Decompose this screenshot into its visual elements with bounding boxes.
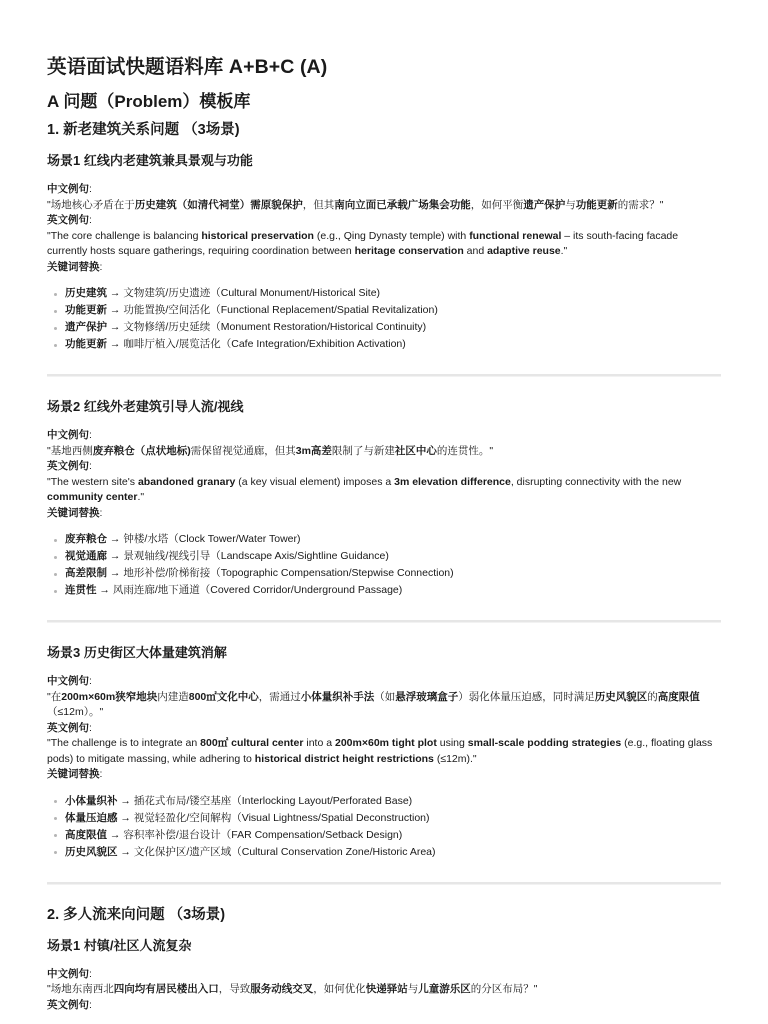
document-title: 英语面试快题语料库 A+B+C (A): [47, 0, 721, 79]
english-example-text: "The core challenge is balancing histori…: [47, 229, 721, 260]
keyword-term: 高度限值: [65, 829, 107, 841]
english-example-label: 英文例句:: [47, 998, 721, 1014]
section-title: A 问题（Problem）模板库: [47, 91, 721, 113]
chinese-example-text: "基地西侧废弃粮仓（点状地标)需保留视觉通廊，但其3m高差限制了与新建社区中心的…: [47, 444, 721, 460]
keyword-replacement: → 文化保护区/遗产区域（Cultural Conservation Zone/…: [118, 846, 436, 858]
keyword-replacement: → 景观轴线/视线引导（Landscape Axis/Sightline Gui…: [107, 550, 389, 562]
chinese-example-text: "在200m×60m狭窄地块内建造800㎡文化中心，需通过小体量织补手法（如悬浮…: [47, 690, 721, 721]
keyword-replacement: → 咖啡厅植入/展览活化（Cafe Integration/Exhibition…: [107, 338, 406, 350]
chinese-example-text: "场地核心矛盾在于历史建筑（如清代祠堂）需原貌保护，但其南向立面已承载广场集会功…: [47, 198, 721, 214]
keyword-term: 视觉通廊: [65, 550, 107, 562]
keyword-replacement: → 容积率补偿/退台设计（FAR Compensation/Setback De…: [107, 829, 402, 841]
keyword-replacement: → 文物建筑/历史遗迹（Cultural Monument/Historical…: [107, 287, 380, 299]
keyword-item: 历史风貌区 → 文化保护区/遗产区域（Cultural Conservation…: [47, 844, 721, 861]
keyword-term: 高差限制: [65, 567, 107, 579]
keyword-list: 历史建筑 → 文物建筑/历史遗迹（Cultural Monument/Histo…: [47, 285, 721, 353]
scene-block: 场景3 历史街区大体量建筑消解 中文例句: "在200m×60m狭窄地块内建造8…: [47, 644, 721, 861]
divider: [47, 620, 721, 623]
english-example-label: 英文例句:: [47, 213, 721, 229]
keyword-item: 体量压迫感 → 视觉轻盈化/空间解构（Visual Lightness/Spat…: [47, 810, 721, 827]
keyword-replace-label: 关键词替换:: [47, 260, 721, 276]
document-page: 英语面试快题语料库 A+B+C (A) A 问题（Problem）模板库 1. …: [0, 0, 768, 1013]
keyword-term: 小体量织补: [65, 795, 118, 807]
keyword-replace-label: 关键词替换:: [47, 767, 721, 783]
keyword-replacement: → 地形补偿/阶梯衔接（Topographic Compensation/Ste…: [107, 567, 454, 579]
keyword-item: 小体量织补 → 插花式布局/镂空基座（Interlocking Layout/P…: [47, 793, 721, 810]
scene-title: 场景2 红线外老建筑引导人流/视线: [47, 398, 721, 416]
scene-block: 场景1 红线内老建筑兼具景观与功能 中文例句: "场地核心矛盾在于历史建筑（如清…: [47, 152, 721, 353]
chinese-example-label: 中文例句:: [47, 182, 721, 198]
english-example-text: "The challenge is to integrate an 800㎡ c…: [47, 736, 721, 767]
english-example-text: "The western site's abandoned granary (a…: [47, 475, 721, 506]
english-example-label: 英文例句:: [47, 721, 721, 737]
keyword-term: 历史建筑: [65, 287, 107, 299]
divider: [47, 374, 721, 377]
scene-block: 场景2 红线外老建筑引导人流/视线 中文例句: "基地西侧废弃粮仓（点状地标)需…: [47, 398, 721, 599]
problem-title-1: 1. 新老建筑关系问题 （3场景): [47, 120, 721, 140]
keyword-replacement: → 风雨连廊/地下通道（Covered Corridor/Underground…: [97, 584, 403, 596]
keyword-term: 历史风貌区: [65, 846, 118, 858]
chinese-example-label: 中文例句:: [47, 674, 721, 690]
divider: [47, 882, 721, 885]
keyword-replacement: → 视觉轻盈化/空间解构（Visual Lightness/Spatial De…: [118, 812, 430, 824]
keyword-list: 小体量织补 → 插花式布局/镂空基座（Interlocking Layout/P…: [47, 793, 721, 861]
keyword-item: 功能更新 → 咖啡厅植入/展览活化（Cafe Integration/Exhib…: [47, 336, 721, 353]
keyword-item: 功能更新 → 功能置换/空间活化（Functional Replacement/…: [47, 302, 721, 319]
keyword-item: 高差限制 → 地形补偿/阶梯衔接（Topographic Compensatio…: [47, 565, 721, 582]
problem-title-2: 2. 多人流来向问题 （3场景): [47, 905, 721, 925]
keyword-item: 连贯性 → 风雨连廊/地下通道（Covered Corridor/Undergr…: [47, 582, 721, 599]
scene-title: 场景3 历史街区大体量建筑消解: [47, 644, 721, 662]
keyword-term: 功能更新: [65, 338, 107, 350]
keyword-replacement: → 功能置换/空间活化（Functional Replacement/Spati…: [107, 304, 438, 316]
keyword-term: 遗产保护: [65, 321, 107, 333]
keyword-item: 高度限值 → 容积率补偿/退台设计（FAR Compensation/Setba…: [47, 827, 721, 844]
chinese-example-label: 中文例句:: [47, 967, 721, 983]
keyword-term: 功能更新: [65, 304, 107, 316]
scene-block: 场景1 村镇/社区人流复杂 中文例句: "场地东南西北四向均有居民楼出入口，导致…: [47, 937, 721, 1014]
scene-title: 场景1 村镇/社区人流复杂: [47, 937, 721, 955]
chinese-example-text: "场地东南西北四向均有居民楼出入口，导致服务动线交叉，如何优化快递驿站与儿童游乐…: [47, 982, 721, 998]
keyword-term: 体量压迫感: [65, 812, 118, 824]
keyword-list: 废弃粮仓 → 钟楼/水塔（Clock Tower/Water Tower)视觉通…: [47, 531, 721, 599]
keyword-replacement: → 钟楼/水塔（Clock Tower/Water Tower): [107, 533, 301, 545]
keyword-item: 遗产保护 → 文物修缮/历史延续（Monument Restoration/Hi…: [47, 319, 721, 336]
keyword-item: 视觉通廊 → 景观轴线/视线引导（Landscape Axis/Sightlin…: [47, 548, 721, 565]
keyword-replacement: → 插花式布局/镂空基座（Interlocking Layout/Perfora…: [118, 795, 413, 807]
scene-title: 场景1 红线内老建筑兼具景观与功能: [47, 152, 721, 170]
keyword-replacement: → 文物修缮/历史延续（Monument Restoration/Histori…: [107, 321, 426, 333]
keyword-item: 历史建筑 → 文物建筑/历史遗迹（Cultural Monument/Histo…: [47, 285, 721, 302]
keyword-term: 废弃粮仓: [65, 533, 107, 545]
keyword-item: 废弃粮仓 → 钟楼/水塔（Clock Tower/Water Tower): [47, 531, 721, 548]
english-example-label: 英文例句:: [47, 459, 721, 475]
keyword-term: 连贯性: [65, 584, 97, 596]
keyword-replace-label: 关键词替换:: [47, 506, 721, 522]
chinese-example-label: 中文例句:: [47, 428, 721, 444]
